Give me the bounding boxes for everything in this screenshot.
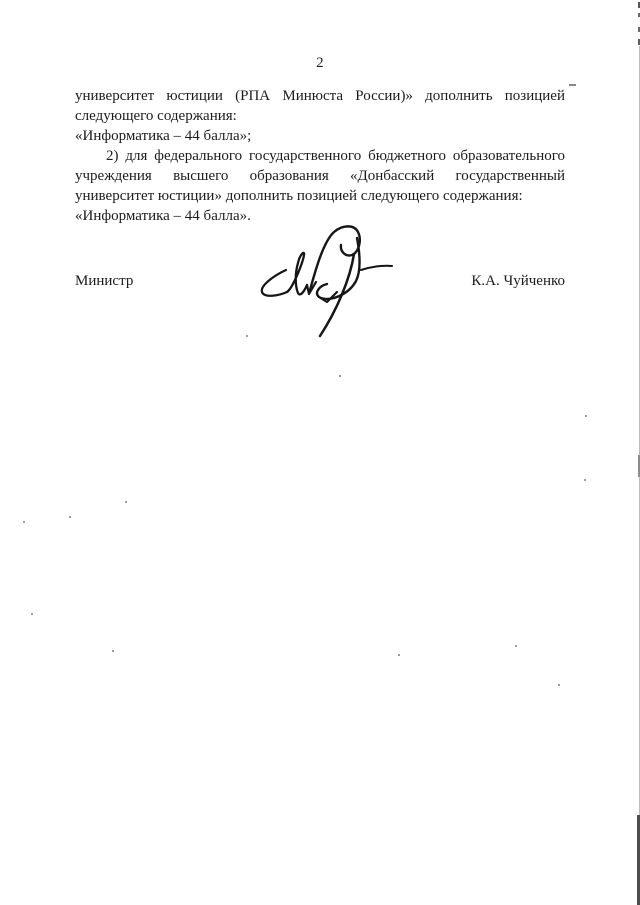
text-line: учреждения высшего образования «Донбасск…: [75, 166, 565, 186]
scan-speck-artifact: [112, 650, 114, 652]
minister-signature-icon: [253, 224, 405, 346]
text-line: университет юстиции» дополнить позицией …: [75, 186, 565, 206]
scan-speck-artifact: [558, 684, 560, 686]
page-number: 2: [0, 55, 640, 72]
text-line: 2) для федерального государственного бюд…: [75, 146, 565, 166]
scan-speck-artifact: [569, 84, 576, 86]
document-body: университет юстиции (РПА Минюста России)…: [75, 86, 565, 226]
minister-role-label: Министр: [75, 271, 133, 291]
text-line: «Информатика – 44 балла».: [75, 206, 565, 226]
scan-speck-artifact: [398, 654, 400, 656]
text-line: университет юстиции (РПА Минюста России)…: [75, 86, 565, 106]
text-line: следующего содержания:: [75, 106, 565, 126]
scan-speck-artifact: [23, 521, 25, 523]
scan-speck-artifact: [515, 645, 517, 647]
scan-speck-artifact: [125, 501, 127, 503]
minister-name-label: К.А. Чуйченко: [471, 271, 565, 291]
scan-speck-artifact: [246, 335, 248, 337]
document-page: 2 университет юстиции (РПА Минюста Росси…: [0, 0, 640, 905]
text-line: «Информатика – 44 балла»;: [75, 126, 565, 146]
scan-speck-artifact: [69, 516, 71, 518]
scan-speck-artifact: [585, 415, 587, 417]
scan-speck-artifact: [31, 613, 33, 615]
scan-speck-artifact: [339, 375, 341, 377]
scan-speck-artifact: [584, 479, 586, 481]
